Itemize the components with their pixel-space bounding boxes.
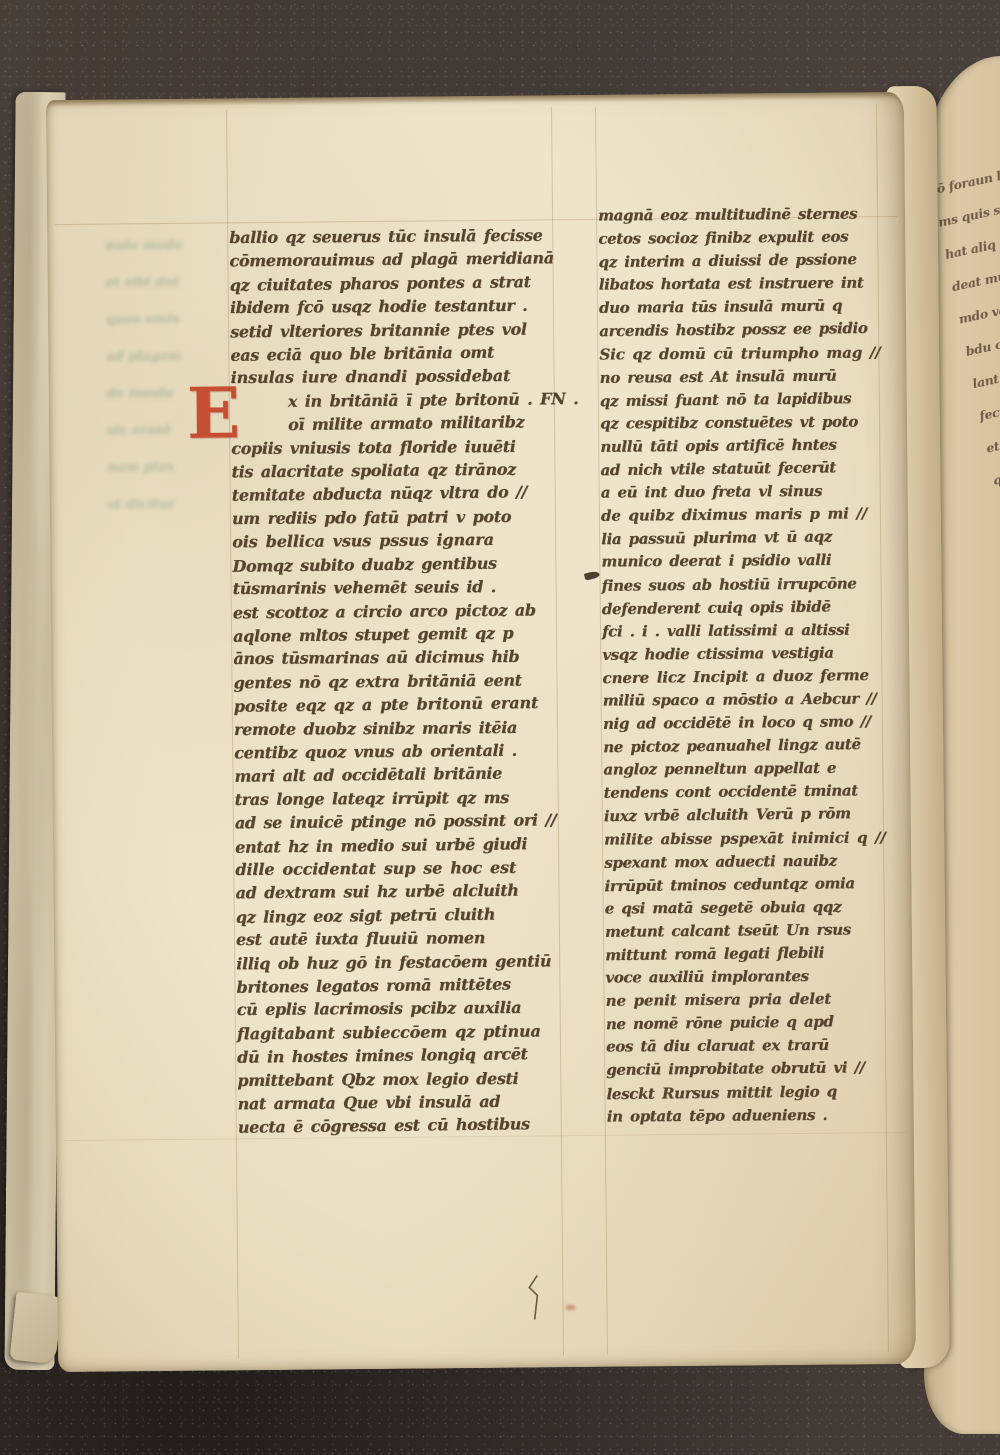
manuscript-text-line: tūsmarinis vehemēt seuis id . [233, 575, 560, 601]
manuscript-text-line: nig ad occidētē in loco q smo // [603, 710, 891, 736]
manuscript-text-line: arcendis hostibz possz ee psidio [599, 317, 887, 344]
manuscript-text-line: mittunt romā legati flebili [605, 941, 893, 968]
manuscript-text-line: lia passuū plurima vt ū aqz [601, 525, 889, 552]
manuscript-text-line: ne pictoz peanuahel lingz autē [603, 733, 891, 760]
manuscript-text-line: ad dextram sui hz urbē alcluith [235, 879, 562, 906]
manuscript-text-line: qz interim a diuissi de pssione [598, 248, 886, 275]
manuscript-text-line: qz cespitibz constuētes vt poto [600, 410, 888, 435]
manuscript-text-line: fines suos ab hostiū irrupcōne [601, 572, 889, 598]
manuscript-text-line: fci . i . valli latissimi a altissi [602, 618, 890, 643]
manuscript-text-line: copiis vniusis tota floride iuuēti [231, 434, 558, 460]
manuscript-text-line: ānos tūsmarinas aū dicimus hib [233, 645, 560, 671]
show-through-line: nulo modo [105, 226, 230, 264]
manuscript-text-line: qz lingz eoz sigt petrū cluith [236, 902, 563, 929]
manuscript-text-line: no reusa est At insulā murū [599, 364, 887, 390]
manuscript-text-line: entat hz in medio sui urbē giudi [235, 831, 562, 858]
manuscript-text-line: ibidem fcō usqz hodie testantur . [230, 294, 557, 320]
manuscript-text-line: metunt calcant tseūt Un rsus [605, 918, 893, 944]
margin-nota-mark [584, 570, 600, 581]
manuscript-text-line: dille occidentat sup se hoc est [235, 856, 562, 882]
manuscript-text-line: eos tā diu claruat ex trarū [606, 1034, 894, 1059]
manuscript-text-line: pmittebant Qbz mox legio desti [237, 1066, 564, 1092]
manuscript-text-line: milite abisse pspexāt inimici q // [604, 826, 892, 851]
manuscript-text-line: magnā eoz multitudinē sternes [598, 202, 886, 227]
manuscript-text-line: ad nich vtile statuūt fecerūt [600, 456, 888, 483]
manuscript-text-line: cnere licz Incipit a duoz ferme [602, 664, 890, 691]
manuscript-text-line: spexant mox aduecti nauibz [604, 849, 892, 875]
manuscript-text-line: nullū tāti opis artificē hntes [600, 433, 888, 459]
manuscript-text-line: qz missi fuant nō ta lapidibus [600, 386, 888, 413]
manuscript-text-line: temitate abducta nūqz vltra do // [232, 480, 559, 507]
manuscript-text-line: genciū improbitate obrutū vi // [606, 1057, 894, 1083]
manuscript-text-line: miliū spaco a mōstio a Aebcur // [603, 687, 891, 712]
manuscript-text-line: iuxz vrbē alcluith Verū p rōm [604, 802, 892, 829]
manuscript-text-line: tras longe lateqz irrūpit qz ms [235, 785, 562, 811]
manuscript-text-line: Sic qz domū cū triumpho mag // [599, 341, 887, 366]
manuscript-text-line: qz ciuitates pharos pontes a strat [230, 270, 557, 297]
vellum-cover-corner [10, 1292, 63, 1364]
show-through-line: et sibi dnt [105, 263, 230, 301]
manuscript-text-line: posite eqz qz a pte britonū erant [234, 691, 561, 718]
manuscript-text-line: a eū int duo freta vl sinus [601, 480, 889, 505]
manuscript-text-line: est scottoz a circio arco pictoz ab [233, 598, 560, 625]
manuscript-text-line: in optata tēpo adueniens . [607, 1103, 895, 1128]
left-column-text: ballio qz seuerus tūc insulā fecissecōme… [229, 223, 565, 1139]
manuscript-text-line: insulas iure dnandi possidebat [231, 364, 558, 390]
manuscript-text-line: ballio qz seuerus tūc insulā fecisse [229, 224, 556, 250]
manuscript-text-line: Domqz subito duabz gentibus [232, 551, 559, 578]
manuscript-text-line: ois bellica vsus pssus ignara [232, 528, 559, 555]
manuscript-text-line: defenderent cuiq opis ibidē [602, 594, 890, 621]
manuscript-text-line: ad se inuicē ptinge nō possint ori // [235, 808, 562, 835]
manuscript-text-line: voce auxiliū implorantes [605, 964, 893, 989]
manuscript-text-line: e qsi matā segetē obuia qqz [605, 895, 893, 920]
manuscript-text-line: um rediis pdo fatū patri v poto [232, 504, 559, 530]
manuscript-text-line: munico deerat i psidio valli [601, 549, 889, 574]
manuscript-text-line: cetos socioz finibz expulit eos [598, 225, 886, 251]
show-through-line: ad plagam [106, 337, 231, 375]
red-smudge-mark [566, 1305, 576, 1310]
manuscript-text-line: illiq ob huz gō in festacōem gentiū [236, 949, 563, 976]
manuscript-text-line: dū in hostes imines longiq arcēt [237, 1042, 564, 1069]
manuscript-text-line: lesckt Rursus mittit legio q [606, 1079, 894, 1106]
manuscript-text-line: irrūpūt tminos ceduntqz omia [604, 871, 892, 898]
manuscript-text-line: uecta ē cōgressa est cū hostibus [238, 1112, 565, 1139]
right-column-text: magnā eoz multitudinē sternescetos socio… [598, 202, 895, 1128]
bottom-margin-pen-mark [523, 1273, 549, 1321]
manuscript-text-line: remote duobz sinibz maris itēia [234, 715, 561, 741]
manuscript-text-line: vsqz hodie ctissima vestigia [602, 641, 890, 667]
manuscript-text-line: est autē iuxta fluuiū nomen [236, 926, 563, 952]
manuscript-text-line: oī milite armato militaribz [231, 410, 558, 437]
manuscript-text-line: angloz penneltun appellat e [603, 757, 891, 782]
show-through-line: vt dicitur [108, 485, 233, 523]
manuscript-text-line: cōmemorauimus ad plagā meridianā [229, 247, 556, 274]
manuscript-text-line: mari alt ad occidētali britānie [234, 761, 561, 788]
manuscript-text-line: ne nomē rōne puicie q apd [606, 1010, 894, 1037]
manuscript-page: nulo modoet sibi dntquos omisad plagamde… [46, 92, 916, 1372]
manuscript-text-line: libatos hortata est instruere int [599, 272, 887, 297]
manuscript-text-line: cū eplis lacrimosis pcibz auxilia [237, 996, 564, 1022]
show-through-line: quos omis [106, 300, 231, 338]
